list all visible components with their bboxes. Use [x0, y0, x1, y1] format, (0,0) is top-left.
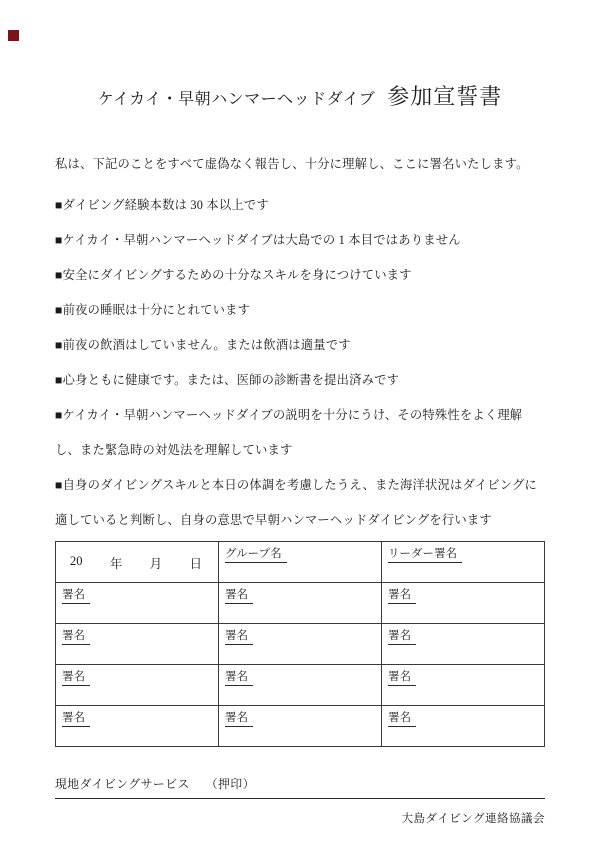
- intro-sentence: 私は、下記のことをすべて虚偽なく報告し、十分に理解し、ここに署名いたします。: [55, 147, 545, 182]
- signature-label: 署名: [62, 627, 90, 645]
- signature-label: 署名: [62, 586, 90, 604]
- local-dive-service-line: 現地ダイビングサービス（押印）: [55, 775, 545, 799]
- corner-mark: [8, 30, 19, 41]
- signature-label: 署名: [225, 709, 253, 727]
- signature-cell: 署名: [56, 706, 219, 747]
- date-cell: 20 年 月 日: [56, 542, 219, 583]
- pledge-statement: ■ケイカイ・早朝ハンマーヘッドダイブの説明を十分にうけ、その特殊性をよく理解し、…: [55, 398, 545, 468]
- signature-label: 署名: [388, 627, 416, 645]
- signature-row: 署名 署名 署名: [56, 665, 545, 706]
- signature-cell: 署名: [382, 583, 545, 624]
- signature-label: 署名: [388, 668, 416, 686]
- signature-cell: 署名: [219, 665, 382, 706]
- date-year-label: 年: [110, 554, 123, 572]
- date-day-label: 日: [189, 554, 202, 572]
- date-century: 20: [70, 554, 83, 572]
- document-content: ケイカイ・早朝ハンマーヘッドダイブ参加宣誓書 私は、下記のことをすべて虚偽なく報…: [0, 0, 595, 826]
- organization-name: 大島ダイビング連絡協議会: [55, 810, 545, 826]
- pledge-document: ケイカイ・早朝ハンマーヘッドダイブ参加宣誓書 私は、下記のことをすべて虚偽なく報…: [0, 0, 595, 841]
- pledge-statement: ■前夜の睡眠は十分にとれています: [55, 293, 545, 328]
- pledge-statement: ■自身のダイビングスキルと本日の体調を考慮したうえ、また海洋状況はダイビングに適…: [55, 468, 545, 538]
- signature-cell: 署名: [382, 624, 545, 665]
- event-name: ケイカイ・早朝ハンマーヘッドダイブ: [98, 91, 376, 108]
- pledge-statement: ■ケイカイ・早朝ハンマーヘッドダイブは大島での 1 本目ではありません: [55, 223, 545, 258]
- service-label: 現地ダイビングサービス: [55, 777, 190, 791]
- pledge-statement: ■ダイビング経験本数は 30 本以上です: [55, 188, 545, 223]
- seal-label: （押印）: [206, 777, 255, 791]
- group-name-label: グループ名: [225, 545, 287, 563]
- signature-row: 署名 署名 署名: [56, 583, 545, 624]
- signature-cell: 署名: [219, 706, 382, 747]
- signature-label: 署名: [62, 709, 90, 727]
- signature-label: 署名: [225, 627, 253, 645]
- signature-cell: 署名: [382, 665, 545, 706]
- signature-row: 署名 署名 署名: [56, 706, 545, 747]
- signature-label: 署名: [388, 709, 416, 727]
- pledge-statement: ■前夜の飲酒はしていません。または飲酒は適量です: [55, 328, 545, 363]
- group-name-header-cell: グループ名: [219, 542, 382, 583]
- signature-table: 20 年 月 日 グループ名 リーダー署名 署名 署名 署名: [55, 541, 545, 747]
- signature-row: 署名 署名 署名: [56, 624, 545, 665]
- signature-label: 署名: [225, 586, 253, 604]
- signature-cell: 署名: [382, 706, 545, 747]
- table-header-row: 20 年 月 日 グループ名 リーダー署名: [56, 542, 545, 583]
- signature-cell: 署名: [56, 583, 219, 624]
- signature-cell: 署名: [219, 583, 382, 624]
- pledge-statement: ■心身ともに健康です。または、医師の診断書を提出済みです: [55, 363, 545, 398]
- signature-label: 署名: [62, 668, 90, 686]
- signature-cell: 署名: [219, 624, 382, 665]
- document-type: 参加宣誓書: [387, 84, 502, 109]
- date-fields: 20 年 月 日: [62, 545, 212, 572]
- signature-cell: 署名: [56, 624, 219, 665]
- signature-label: 署名: [388, 586, 416, 604]
- pledge-statement: ■安全にダイビングするための十分なスキルを身につけています: [55, 258, 545, 293]
- date-month-label: 月: [150, 554, 163, 572]
- document-title: ケイカイ・早朝ハンマーヘッドダイブ参加宣誓書: [55, 82, 545, 115]
- pledge-statements: ■ダイビング経験本数は 30 本以上です ■ケイカイ・早朝ハンマーヘッドダイブは…: [55, 188, 545, 538]
- signature-cell: 署名: [56, 665, 219, 706]
- leader-signature-header-cell: リーダー署名: [382, 542, 545, 583]
- leader-signature-label: リーダー署名: [388, 545, 462, 563]
- signature-label: 署名: [225, 668, 253, 686]
